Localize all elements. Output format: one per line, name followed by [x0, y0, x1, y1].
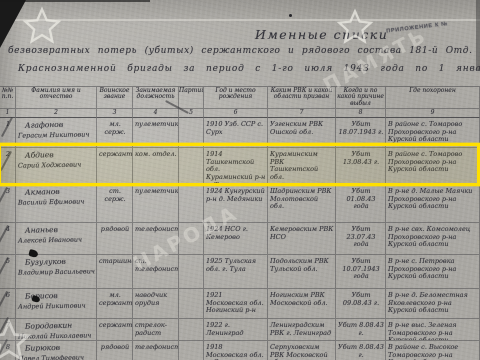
drafted-cell: Ленинградским РВК г. Ленинград [268, 319, 336, 341]
table-header-row: №№ п.п. Фамилия имя и отчество Воинское … [0, 87, 480, 109]
scanned-casualty-list-page: Именные списки безвозвратных потерь (уби… [0, 0, 480, 360]
given-names: Василий Ефимович [18, 198, 95, 207]
surname: Акманов [18, 187, 95, 198]
col-number: 9 [386, 109, 480, 118]
col-number: 6 [204, 109, 268, 118]
burial-cell: В р-не выс. Зеленая Томаровского р-на Ку… [386, 319, 480, 341]
rank-cell: ст. серж. [97, 185, 133, 223]
page-subtitle-line2: Краснознаменной бригады за период с 1-го… [18, 64, 468, 74]
name-cell: АнаньевАлексей Иванович [16, 223, 97, 255]
row-number: 3 [0, 185, 16, 223]
table-row: 6 БорисовАндрей Никитович мл. сержант на… [0, 289, 480, 319]
col-header-birth: Год и место рождения [204, 87, 268, 109]
star-watermark-icon [336, 8, 374, 46]
surname: Агафонов [18, 120, 95, 131]
table-row: 5 БузулуковВладимир Васильевич старшина … [0, 255, 480, 289]
rank-cell: рядовой [97, 341, 133, 360]
position-cell: стрелок-радист [133, 319, 179, 341]
fate-cell: Убит 09.08.43 г. [336, 289, 386, 319]
surname: Борисов [18, 291, 95, 302]
table-row: 8 БирюковПавел Тимофеевич рядовой телефо… [0, 341, 480, 360]
burial-cell: В р-не д. Беломестная Яковлевского р-на … [386, 289, 480, 319]
party-cell [179, 289, 204, 319]
fate-cell: Убит 01.08.43 года [336, 185, 386, 223]
drafted-cell: Шадринским РВК Молотовской обл. [268, 185, 336, 223]
col-header-name: Фамилия имя и отчество [16, 87, 97, 109]
row-number: 5 [0, 255, 16, 289]
row-number: 4 [0, 223, 16, 255]
star-watermark-icon [22, 6, 62, 46]
table-row: 4 АнаньевАлексей Иванович рядовой телефо… [0, 223, 480, 255]
party-cell [179, 319, 204, 341]
surname: Бузулуков [18, 257, 95, 268]
star-watermark-icon [0, 318, 32, 360]
birth-cell: 1922 г. Ленинград [204, 319, 268, 341]
name-cell: АкмановВасилий Ефимович [16, 185, 97, 223]
table-row: 7 БородавкинНиколай Николаевич сержант с… [0, 319, 480, 341]
fate-cell: Убит 10.07.1943 года [336, 255, 386, 289]
position-cell: наводчик орудия [133, 289, 179, 319]
paper-crease [0, 19, 480, 21]
burial-cell: В р-не д. Малые Маячки Прохоровского р-н… [386, 185, 480, 223]
surname: Ананьев [18, 225, 95, 236]
col-number: 4 [133, 109, 179, 118]
position-cell: пулеметчик [133, 185, 179, 223]
rank-cell: рядовой [97, 223, 133, 255]
table-column-numbers-row: 1 2 3 4 5 6 7 8 9 [0, 109, 480, 118]
paper-edge-shadow [476, 0, 480, 70]
burial-cell: В р-не свх. Комсомолец Прохоровского р-н… [386, 223, 480, 255]
party-cell [179, 341, 204, 360]
rank-cell: старшина [97, 255, 133, 289]
rank-cell: мл. сержант [97, 289, 133, 319]
rank-cell: сержант [97, 319, 133, 341]
drafted-cell: Кемеровским РВК НСО [268, 223, 336, 255]
row-highlight-box [0, 143, 480, 186]
row-number: 6 [0, 289, 16, 319]
scan-edge-line [0, 0, 150, 2]
fate-cell: Убит 23.07.43 года [336, 223, 386, 255]
fate-cell: Убит 8.08.43 г. [336, 341, 386, 360]
fate-cell: Убит 8.08.43 г. [336, 319, 386, 341]
ink-speck [289, 14, 292, 17]
col-header-party: Партийность [179, 87, 204, 109]
burial-cell: В р-не с. Петровка Прохоровского р-на Ку… [386, 255, 480, 289]
col-number: 3 [97, 109, 133, 118]
burial-cell: В районе с. Высокое Томаровского р-на Ку… [386, 341, 480, 360]
given-names: Андрей Никитович [18, 302, 95, 311]
birth-cell: 1925 Тульская обл. г. Тула [204, 255, 268, 289]
given-names: Алексей Иванович [18, 236, 95, 245]
drafted-cell: Подольским РВК Тульской обл. [268, 255, 336, 289]
casualty-table: №№ п.п. Фамилия имя и отчество Воинское … [0, 86, 480, 360]
col-number: 8 [336, 109, 386, 118]
birth-cell: 1918 Московская обл. г. Серпухов [204, 341, 268, 360]
given-names: Герасим Никитович [18, 131, 95, 140]
col-number: 2 [16, 109, 97, 118]
col-header-number: №№ п.п. [0, 87, 16, 109]
drafted-cell: Ногинским РВК Московской обл. [268, 289, 336, 319]
party-cell [179, 255, 204, 289]
col-header-rank: Воинское звание [97, 87, 133, 109]
name-cell: БорисовАндрей Никитович [16, 289, 97, 319]
col-number: 7 [268, 109, 336, 118]
given-names: Владимир Васильевич [18, 268, 95, 277]
name-cell: БузулуковВладимир Васильевич [16, 255, 97, 289]
birth-cell: 1921 Московская обл. Ногинский р-н [204, 289, 268, 319]
col-number: 1 [0, 109, 16, 118]
position-cell: телефонист [133, 341, 179, 360]
col-header-burial: Где похоронен [386, 87, 480, 109]
drafted-cell: Серпуховским РВК Московской обл. [268, 341, 336, 360]
